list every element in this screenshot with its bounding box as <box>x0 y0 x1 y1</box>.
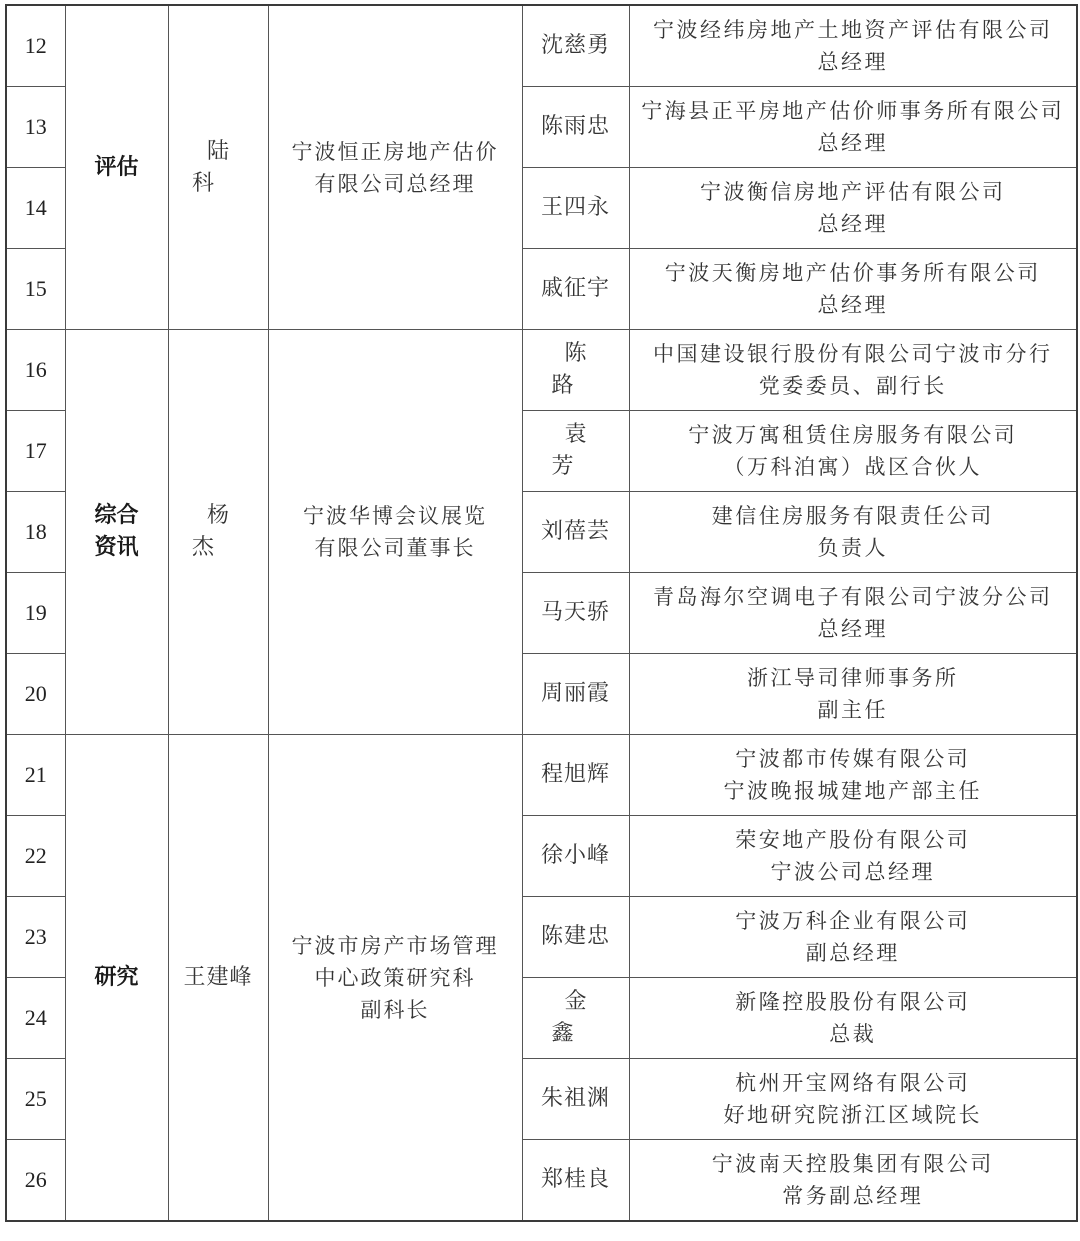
member-position-line: 荣安地产股份有限公司 <box>630 824 1077 856</box>
member-position-line: 宁波天衡房地产估价事务所有限公司 <box>630 257 1077 289</box>
member-name: 刘蓓芸 <box>522 492 629 573</box>
member-name: 程旭辉 <box>522 735 629 816</box>
member-position-line: 好地研究院浙江区域院长 <box>630 1099 1077 1131</box>
leader-position-line: 副科长 <box>269 994 522 1026</box>
leader-position-line: 宁波华博会议展览 <box>269 500 522 532</box>
group-name: 综合资讯 <box>65 330 168 735</box>
member-name: 马天骄 <box>522 573 629 654</box>
group-name: 评估 <box>65 5 168 330</box>
table-row: 12评估陆科宁波恒正房地产估价有限公司总经理沈慈勇宁波经纬房地产土地资产评估有限… <box>6 5 1077 87</box>
group-name-line: 综合 <box>66 500 168 532</box>
member-position-line: 常务副总经理 <box>630 1180 1077 1212</box>
row-number: 21 <box>6 735 65 816</box>
row-number: 14 <box>6 168 65 249</box>
row-number: 13 <box>6 87 65 168</box>
member-position-line: 宁波衡信房地产评估有限公司 <box>630 176 1077 208</box>
roster-body: 12评估陆科宁波恒正房地产估价有限公司总经理沈慈勇宁波经纬房地产土地资产评估有限… <box>6 5 1077 1221</box>
row-number: 18 <box>6 492 65 573</box>
member-name: 沈慈勇 <box>522 5 629 87</box>
row-number: 22 <box>6 816 65 897</box>
member-position-line: 党委委员、副行长 <box>630 370 1077 402</box>
leader-position-line: 有限公司总经理 <box>269 168 522 200</box>
member-position: 建信住房服务有限责任公司负责人 <box>629 492 1077 573</box>
leader-position-line: 宁波市房产市场管理 <box>269 930 522 962</box>
row-number: 26 <box>6 1140 65 1222</box>
member-position-line: 宁波晚报城建地产部主任 <box>630 775 1077 807</box>
member-position: 宁波天衡房地产估价事务所有限公司总经理 <box>629 249 1077 330</box>
member-position-line: 总经理 <box>630 289 1077 321</box>
member-position-line: 建信住房服务有限责任公司 <box>630 500 1077 532</box>
member-position: 宁波万科企业有限公司副总经理 <box>629 897 1077 978</box>
group-name-line: 资讯 <box>66 532 168 564</box>
member-name: 戚征宇 <box>522 249 629 330</box>
member-position-line: 青岛海尔空调电子有限公司宁波分公司 <box>630 581 1077 613</box>
member-position-line: 副总经理 <box>630 937 1077 969</box>
member-position: 宁海县正平房地产估价师事务所有限公司总经理 <box>629 87 1077 168</box>
member-position-line: 总经理 <box>630 46 1077 78</box>
group-leader-name: 陆科 <box>168 5 268 330</box>
member-name: 陈建忠 <box>522 897 629 978</box>
table-row: 16综合资讯杨杰宁波华博会议展览有限公司董事长陈路中国建设银行股份有限公司宁波市… <box>6 330 1077 411</box>
member-position-line: 杭州开宝网络有限公司 <box>630 1067 1077 1099</box>
member-position-line: 宁波万科企业有限公司 <box>630 905 1077 937</box>
group-leader-position: 宁波华博会议展览有限公司董事长 <box>268 330 522 735</box>
leader-position-line: 中心政策研究科 <box>269 962 522 994</box>
member-name: 郑桂良 <box>522 1140 629 1222</box>
member-position: 新隆控股股份有限公司总裁 <box>629 978 1077 1059</box>
member-position: 宁波万寓租赁住房服务有限公司（万科泊寓）战区合伙人 <box>629 411 1077 492</box>
member-position: 荣安地产股份有限公司宁波公司总经理 <box>629 816 1077 897</box>
row-number: 19 <box>6 573 65 654</box>
table-row: 21研究王建峰宁波市房产市场管理中心政策研究科副科长程旭辉宁波都市传媒有限公司宁… <box>6 735 1077 816</box>
member-position-line: 总经理 <box>630 127 1077 159</box>
member-position: 宁波都市传媒有限公司宁波晚报城建地产部主任 <box>629 735 1077 816</box>
member-position: 青岛海尔空调电子有限公司宁波分公司总经理 <box>629 573 1077 654</box>
member-position-line: 负责人 <box>630 532 1077 564</box>
member-name: 徐小峰 <box>522 816 629 897</box>
group-leader-position: 宁波恒正房地产估价有限公司总经理 <box>268 5 522 330</box>
member-position-line: 总经理 <box>630 208 1077 240</box>
leader-position-line: 有限公司董事长 <box>269 532 522 564</box>
member-name: 王四永 <box>522 168 629 249</box>
member-position-line: 新隆控股股份有限公司 <box>630 986 1077 1018</box>
member-position: 宁波衡信房地产评估有限公司总经理 <box>629 168 1077 249</box>
member-position: 宁波南天控股集团有限公司常务副总经理 <box>629 1140 1077 1222</box>
member-name: 周丽霞 <box>522 654 629 735</box>
member-position-line: 宁波公司总经理 <box>630 856 1077 888</box>
roster-table: 12评估陆科宁波恒正房地产估价有限公司总经理沈慈勇宁波经纬房地产土地资产评估有限… <box>5 4 1078 1222</box>
member-name: 朱祖渊 <box>522 1059 629 1140</box>
member-position-line: 宁海县正平房地产估价师事务所有限公司 <box>630 95 1077 127</box>
group-leader-name: 王建峰 <box>168 735 268 1222</box>
group-leader-position: 宁波市房产市场管理中心政策研究科副科长 <box>268 735 522 1222</box>
row-number: 12 <box>6 5 65 87</box>
row-number: 15 <box>6 249 65 330</box>
member-name: 陈雨忠 <box>522 87 629 168</box>
member-position-line: 宁波南天控股集团有限公司 <box>630 1148 1077 1180</box>
member-position-line: （万科泊寓）战区合伙人 <box>630 451 1077 483</box>
group-name-line: 研究 <box>66 962 168 994</box>
member-name: 金鑫 <box>522 978 629 1059</box>
member-position: 中国建设银行股份有限公司宁波市分行党委委员、副行长 <box>629 330 1077 411</box>
member-name: 陈路 <box>522 330 629 411</box>
row-number: 17 <box>6 411 65 492</box>
row-number: 24 <box>6 978 65 1059</box>
group-name-line: 评估 <box>66 152 168 184</box>
row-number: 25 <box>6 1059 65 1140</box>
group-leader-name: 杨杰 <box>168 330 268 735</box>
member-position: 宁波经纬房地产土地资产评估有限公司总经理 <box>629 5 1077 87</box>
row-number: 16 <box>6 330 65 411</box>
member-position-line: 浙江导司律师事务所 <box>630 662 1077 694</box>
leader-position-line: 宁波恒正房地产估价 <box>269 136 522 168</box>
member-position-line: 宁波都市传媒有限公司 <box>630 743 1077 775</box>
member-position-line: 中国建设银行股份有限公司宁波市分行 <box>630 338 1077 370</box>
member-position-line: 总裁 <box>630 1018 1077 1050</box>
row-number: 23 <box>6 897 65 978</box>
member-position-line: 副主任 <box>630 694 1077 726</box>
member-position-line: 总经理 <box>630 613 1077 645</box>
row-number: 20 <box>6 654 65 735</box>
member-name: 袁芳 <box>522 411 629 492</box>
member-position: 杭州开宝网络有限公司好地研究院浙江区域院长 <box>629 1059 1077 1140</box>
group-name: 研究 <box>65 735 168 1222</box>
member-position: 浙江导司律师事务所副主任 <box>629 654 1077 735</box>
member-position-line: 宁波经纬房地产土地资产评估有限公司 <box>630 14 1077 46</box>
member-position-line: 宁波万寓租赁住房服务有限公司 <box>630 419 1077 451</box>
